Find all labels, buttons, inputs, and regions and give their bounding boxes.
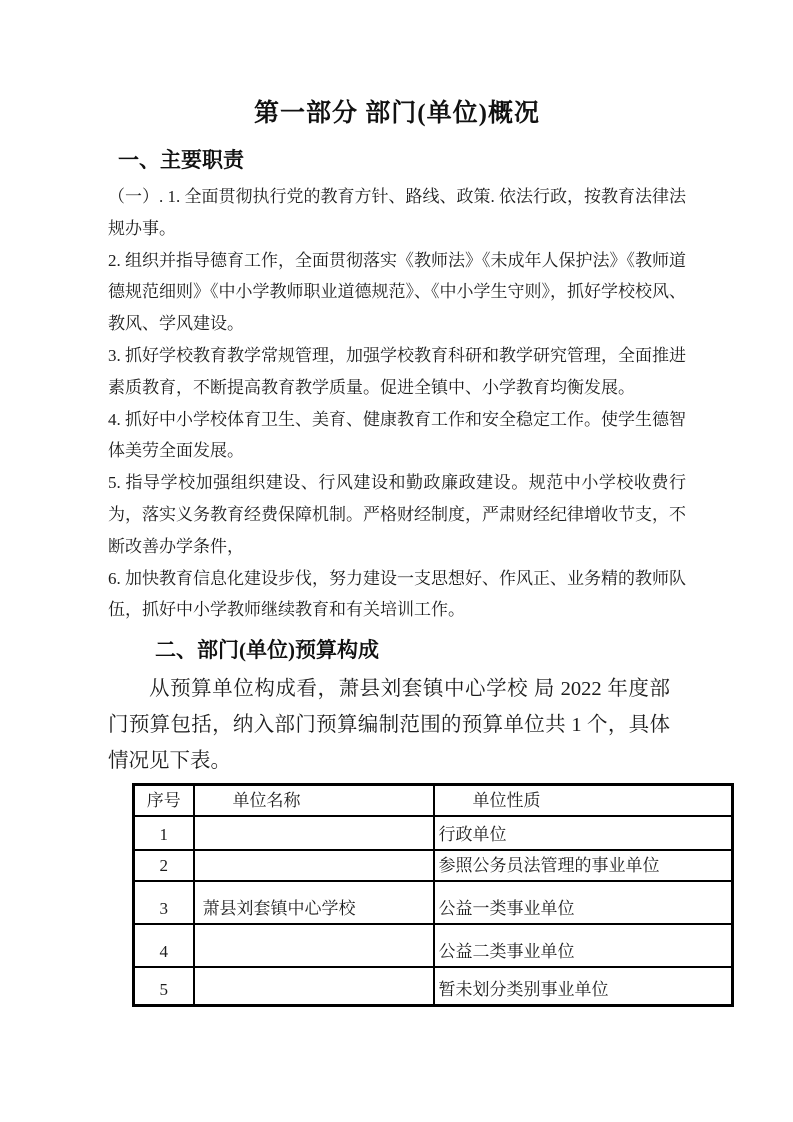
- cell-unit-name: [194, 816, 434, 850]
- duty-paragraph-2: 2. 组织并指导德育工作，全面贯彻落实《教师法》《未成年人保护法》《教师道德规范…: [108, 245, 686, 340]
- cell-unit-name: [194, 924, 434, 967]
- document-title: 第一部分 部门(单位)概况: [108, 97, 686, 131]
- table-row: 4 公益二类事业单位: [134, 924, 733, 967]
- cell-seq: 4: [134, 924, 194, 967]
- cell-seq: 5: [134, 967, 194, 1005]
- duty-paragraph-4: 4. 抓好中小学校体育卫生、美育、健康教育工作和安全稳定工作。使学生德智体美劳全…: [108, 404, 686, 468]
- cell-unit-name: [194, 850, 434, 881]
- cell-unit-nature: 参照公务员法管理的事业单位: [434, 850, 733, 881]
- duty-paragraph-1: （一）. 1. 全面贯彻执行党的教育方针、路线、政策. 依法行政，按教育法律法规…: [108, 181, 686, 245]
- document-page: 第一部分 部门(单位)概况 一、主要职责 （一）. 1. 全面贯彻执行党的教育方…: [0, 0, 793, 1122]
- duty-paragraph-6: 6. 加快教育信息化建设步伐，努力建设一支思想好、作风正、业务精的教师队伍，抓好…: [108, 563, 686, 627]
- cell-unit-nature: 行政单位: [434, 816, 733, 850]
- cell-seq: 1: [134, 816, 194, 850]
- cell-unit-name: [194, 967, 434, 1005]
- duty-paragraph-5: 5. 指导学校加强组织建设、行风建设和勤政廉政建设。规范中小学校收费行为，落实义…: [108, 467, 686, 562]
- table-row: 5 暂未划分类别事业单位: [134, 967, 733, 1005]
- col-header-seq: 序号: [134, 785, 194, 817]
- table-row: 2 参照公务员法管理的事业单位: [134, 850, 733, 881]
- cell-unit-nature: 公益一类事业单位: [434, 881, 733, 924]
- col-header-unit-name: 单位名称: [194, 785, 434, 817]
- cell-seq: 2: [134, 850, 194, 881]
- duty-paragraph-3: 3. 抓好学校教育教学常规管理，加强学校教育科研和教学研究管理，全面推进素质教育…: [108, 340, 686, 404]
- table-row: 1 行政单位: [134, 816, 733, 850]
- budget-intro-paragraph: 从预算单位构成看，萧县刘套镇中心学校 局 2022 年度部门预算包括，纳入部门预…: [108, 671, 670, 779]
- cell-seq: 3: [134, 881, 194, 924]
- table-header-row: 序号 单位名称 单位性质: [134, 785, 733, 817]
- table-row: 3 萧县刘套镇中心学校 公益一类事业单位: [134, 881, 733, 924]
- col-header-unit-nature: 单位性质: [434, 785, 733, 817]
- section-duties-heading: 一、主要职责: [118, 145, 686, 175]
- cell-unit-name: 萧县刘套镇中心学校: [194, 881, 434, 924]
- section-budget-heading: 二、部门(单位)预算构成: [155, 635, 686, 665]
- cell-unit-nature: 公益二类事业单位: [434, 924, 733, 967]
- budget-units-table: 序号 单位名称 单位性质 1 行政单位 2 参照公务员法管理的事业单位 3 萧县…: [132, 783, 734, 1007]
- cell-unit-nature: 暂未划分类别事业单位: [434, 967, 733, 1005]
